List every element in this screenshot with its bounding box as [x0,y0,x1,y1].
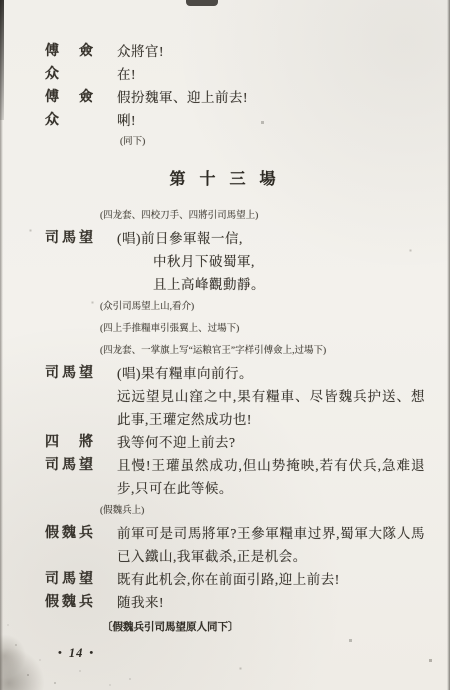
speaker-name: 司馬望 [45,568,117,591]
line-text: 假扮魏軍、迎上前去! [117,86,425,109]
page-number: 14 [69,646,84,660]
verse-line: 中秋月下破蜀軍, [153,250,450,273]
speaker-name: 司馬望 [45,227,117,250]
verse-line: 且上高峰觀動靜。 [153,273,450,296]
line-text: (唱)前日參軍報一信, [117,227,425,250]
stage-direction: (假魏兵上) [100,500,450,522]
stage-direction: (四龙套、一掌旗上写“运粮官王”字样引傅僉上,过場下) [100,340,450,362]
page-number-block: •14• [52,646,100,661]
stage-direction: (同下) [120,132,450,153]
script-line: 司馬望且慢!王瓘虽然成功,但山势掩映,若有伏兵,急难退步,只可在此等候。 [0,454,450,500]
script-line: 众在! [0,63,450,86]
script-line: 傅 僉众將官! [0,40,450,63]
script-line: 假魏兵随我来! [0,591,450,614]
line-text: 众將官! [117,40,425,63]
script-body: 傅 僉众將官! 众在! 傅 僉假扮魏軍、迎上前去! 众唎! (同下) 第 十 三… [0,0,450,639]
line-text: 在! [117,63,425,86]
script-line: 司馬望(唱)前日參軍報一信, [0,227,450,250]
speaker-name: 司馬望 [45,454,117,477]
line-text: 且慢!王瓘虽然成功,但山势掩映,若有伏兵,急难退步,只可在此等候。 [117,454,425,500]
line-text: (唱)果有糧車向前行。 [117,362,425,385]
script-line-continuation: 远远望見山窪之中,果有糧車、尽皆魏兵护送、想此事,王瓘定然成功也! [0,385,450,431]
scene-title: 第 十 三 場 [0,168,450,192]
speaker-name: 司馬望 [45,362,117,385]
line-text: 前軍可是司馬將軍?王參軍糧車过界,蜀軍大隊人馬已入鐵山,我軍截杀,正是机会。 [117,522,425,568]
stage-direction-final: 〔假魏兵引司馬望原人同下〕 [102,617,450,639]
line-text: 随我来! [117,591,425,614]
speaker-name: 傅 僉 [45,40,117,63]
speaker-name: 假魏兵 [45,522,117,545]
script-line: 四 將我等何不迎上前去? [0,431,450,454]
script-line: 傅 僉假扮魏軍、迎上前去! [0,86,450,109]
script-line: 司馬望既有此机会,你在前面引路,迎上前去! [0,568,450,591]
line-text: 既有此机会,你在前面引路,迎上前去! [117,568,425,591]
page-number-left-dot: • [58,647,63,659]
page-number-right-dot: • [89,647,94,659]
speaker-name: 众 [45,63,117,86]
speaker-name: 众 [45,109,117,132]
scanned-script-page: 傅 僉众將官! 众在! 傅 僉假扮魏軍、迎上前去! 众唎! (同下) 第 十 三… [0,0,450,690]
script-line: 众唎! [0,109,450,132]
script-line: 假魏兵前軍可是司馬將軍?王參軍糧車过界,蜀軍大隊人馬已入鐵山,我軍截杀,正是机会… [0,522,450,568]
script-line: 司馬望(唱)果有糧車向前行。 [0,362,450,385]
speaker-name: 假魏兵 [45,591,117,614]
line-text: 远远望見山窪之中,果有糧車、尽皆魏兵护送、想此事,王瓘定然成功也! [117,385,425,431]
line-text: 唎! [117,109,425,132]
stage-direction: (四上手推糧車引張翼上、过場下) [100,318,450,340]
stage-direction: (四龙套、四校刀手、四將引司馬望上) [100,205,450,227]
stage-direction: (众引司馬望上山,看介) [100,296,450,318]
line-text: 我等何不迎上前去? [117,431,425,454]
speaker-name: 傅 僉 [45,86,117,109]
speaker-name: 四 將 [45,431,117,454]
